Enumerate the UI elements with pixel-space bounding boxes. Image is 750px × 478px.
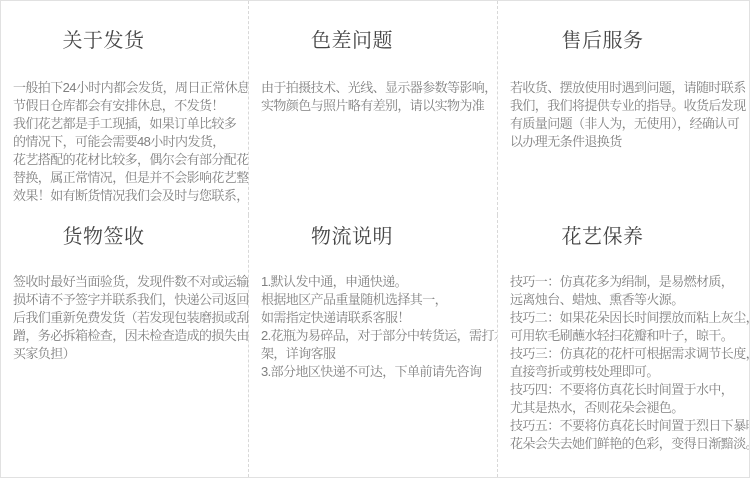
section-title-shipping-info: 关于发货 [1, 27, 206, 55]
section-color-difference: 色差问题 由于拍摄技术、光线、显示器参数等影响， 实物颜色与照片略有差别，请以实… [248, 1, 497, 215]
section-logistics-notes: 物流说明 1.默认发中通，申通快递。 根据地区产品重量随机选择其一， 如需指定快… [248, 215, 497, 477]
section-title-floral-care: 花艺保养 [498, 223, 707, 251]
section-floral-care: 花艺保养 技巧一：仿真花多为绢制，是易燃材质， 远离烛台、蜡烛、熏香等火源。 技… [497, 215, 749, 477]
section-title-logistics-notes: 物流说明 [249, 223, 455, 251]
section-title-after-sales: 售后服务 [498, 27, 707, 55]
section-title-color-difference: 色差问题 [249, 27, 455, 55]
section-body-shipping-info: 一般拍下24小时内都会发货，周日正常休息， 节假日仓库都会有安排休息，不发货！ … [13, 79, 248, 205]
section-body-color-difference: 由于拍摄技术、光线、显示器参数等影响， 实物颜色与照片略有差别，请以实物为准 [261, 79, 497, 115]
section-body-floral-care: 技巧一：仿真花多为绢制，是易燃材质， 远离烛台、蜡烛、熏香等火源。 技巧二：如果… [510, 273, 749, 453]
section-goods-receipt: 货物签收 签收时最好当面验货，发现件数不对或运输 损坏请不予签字并联系我们，快递… [1, 215, 248, 477]
section-title-goods-receipt: 货物签收 [1, 223, 206, 251]
section-shipping-info: 关于发货 一般拍下24小时内都会发货，周日正常休息， 节假日仓库都会有安排休息，… [1, 1, 248, 215]
section-after-sales: 售后服务 若收货、摆放使用时遇到问题，请随时联系 我们，我们将提供专业的指导。收… [497, 1, 749, 215]
section-body-goods-receipt: 签收时最好当面验货，发现件数不对或运输 损坏请不予签字并联系我们，快递公司返回 … [13, 273, 248, 363]
section-body-logistics-notes: 1.默认发中通，申通快递。 根据地区产品重量随机选择其一， 如需指定快递请联系客… [261, 273, 497, 381]
section-body-after-sales: 若收货、摆放使用时遇到问题，请随时联系 我们，我们将提供专业的指导。收货后发现 … [510, 79, 749, 151]
product-info-board: 关于发货 一般拍下24小时内都会发货，周日正常休息， 节假日仓库都会有安排休息，… [0, 0, 750, 478]
